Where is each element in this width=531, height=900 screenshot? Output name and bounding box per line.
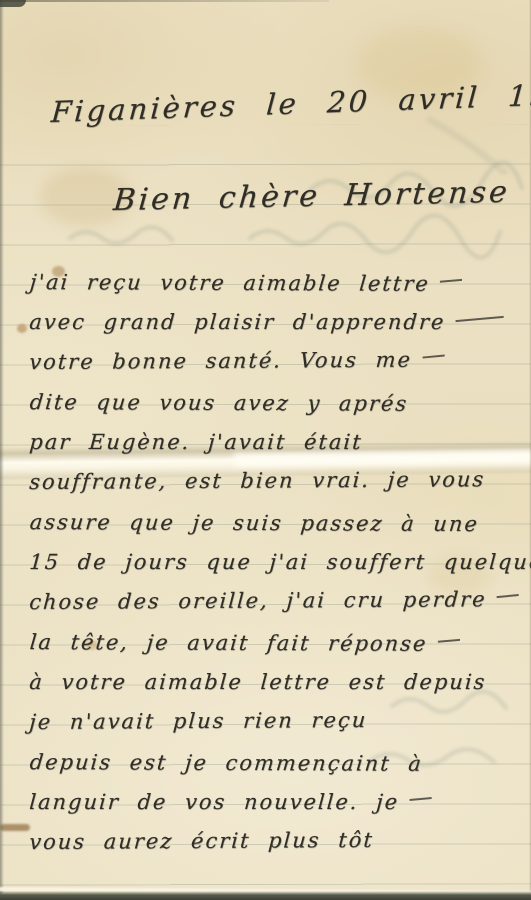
letter-body: j'ai reçu votre aimable lettre avec gran… [28, 262, 525, 862]
handwritten-line: assure que je suis passez à une [28, 502, 528, 544]
handwritten-line: j'ai reçu votre aimable lettre [28, 262, 528, 304]
handwritten-line: avec grand plaisir d'apprendre [28, 302, 528, 342]
handwritten-line: à votre aimable lettre est depuis [28, 662, 528, 702]
foxing-stain [17, 324, 27, 333]
handwritten-line: vous aurez écrit plus tôt [28, 819, 528, 862]
handwritten-line: par Eugène. j'avait était [28, 422, 528, 462]
scan-edge-top [0, 0, 329, 2]
handwritten-line: 15 de jours que j'ai souffert quelque [28, 542, 528, 582]
handwritten-line: souffrante, est bien vrai. je vous [28, 459, 528, 502]
salutation-text: Bien chère Hortense [112, 175, 511, 218]
handwritten-line: votre bonne santé. Vous me [28, 339, 528, 382]
scan-edge-left [0, 0, 4, 900]
handwritten-line: la tête, je avait fait réponse [28, 622, 528, 664]
handwritten-line: je n'avait plus rien reçu [28, 699, 528, 742]
dateline-text: Figanières le 20 avril 1917 [50, 76, 531, 129]
handwritten-line: dite que vous avez y aprés [28, 382, 528, 424]
scanned-letter-page: Figanières le 20 avril 1917 Bien chère H… [0, 0, 531, 900]
scan-edge-bottom [0, 891, 531, 900]
handwritten-line: chose des oreille, j'ai cru perdre [28, 579, 528, 622]
handwritten-line: languir de vos nouvelle. je [28, 782, 528, 822]
ink-smudge [0, 824, 30, 831]
handwritten-line: depuis est je commençaint à [28, 742, 528, 784]
